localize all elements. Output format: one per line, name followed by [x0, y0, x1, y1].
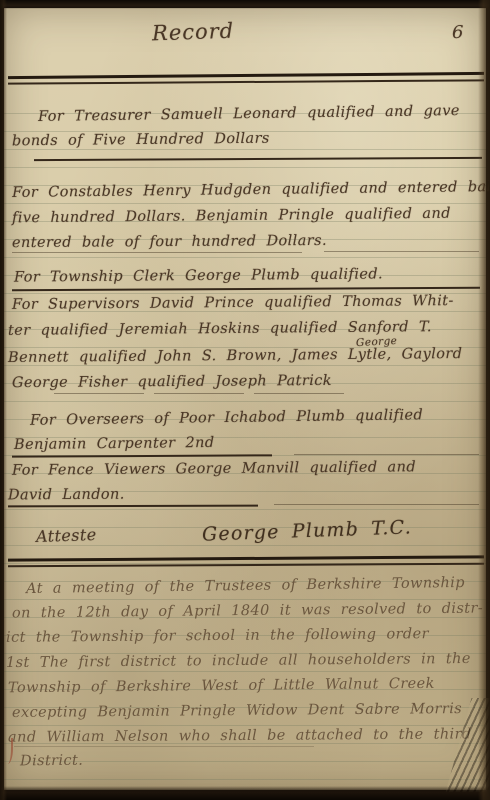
underline	[254, 393, 344, 394]
book-edge-bottom	[0, 786, 490, 800]
section-rule	[8, 72, 484, 79]
handwritten-line: Benjamin Carpenter 2nd	[14, 435, 215, 453]
handwritten-line: For Overseers of Poor Ichabod Plumb qual…	[30, 407, 423, 428]
underline	[154, 393, 244, 394]
handwritten-line: District.	[20, 753, 83, 770]
handwritten-line: At a meeting of the Trustees of Berkshir…	[26, 575, 465, 597]
underline	[14, 746, 314, 747]
handwritten-line: For Constables Henry Hudgden qualified a…	[12, 179, 490, 201]
handwritten-line: For Township Clerk George Plumb qualifie…	[14, 266, 383, 285]
handwritten-line: For Fence Viewers George Manvill qualifi…	[12, 459, 416, 479]
book-edge-top	[0, 0, 490, 9]
handwritten-line: 1st The first district to include all ho…	[6, 651, 471, 671]
book-edge-right	[478, 0, 490, 800]
handwritten-line: five hundred Dollars. Benjamin Pringle q…	[12, 206, 451, 227]
handwritten-line: Bennett qualified John S. Brown, James L…	[8, 346, 463, 366]
page-number: 6	[452, 22, 464, 43]
underline	[324, 251, 479, 252]
section-rule	[8, 79, 484, 84]
inserted-word: George	[356, 335, 398, 349]
handwritten-line: ict the Township for school in the follo…	[6, 626, 429, 646]
handwritten-line: entered bale of four hundred Dollars.	[12, 233, 327, 251]
underline	[12, 252, 302, 253]
underline	[12, 454, 272, 457]
attest-label: Atteste	[36, 525, 97, 546]
page-title: Record	[152, 19, 235, 46]
handwritten-line: bonds of Five Hundred Dollars	[12, 131, 270, 150]
clerk-signature: George Plumb T.C.	[202, 516, 413, 545]
section-rule	[8, 555, 484, 561]
handwritten-line: Township of Berkshire West of Little Wal…	[8, 676, 435, 696]
underline	[12, 287, 480, 291]
ledger-page: Record 6 For Treasurer Samuell Leonard q…	[4, 8, 486, 790]
underline	[54, 393, 144, 394]
handwritten-line: George Fisher qualified Joseph Patrick	[12, 373, 332, 391]
handwritten-line: on the 12th day of April 1840 it was res…	[12, 601, 483, 622]
handwritten-line: For Treasurer Samuell Leonard qualified …	[38, 103, 460, 125]
book-binding-edge	[0, 0, 7, 800]
handwritten-line: excepting Benjamin Pringle Widow Dent Sa…	[12, 701, 462, 721]
handwritten-line: and William Nelson who shall be attached…	[8, 726, 472, 745]
handwritten-line: For Supervisors David Prince qualified T…	[12, 293, 454, 313]
section-rule	[8, 563, 484, 567]
underline	[294, 454, 479, 455]
underline	[274, 504, 479, 505]
handwritten-line: David Landon.	[8, 487, 125, 504]
section-rule	[34, 157, 482, 161]
underline	[8, 505, 258, 507]
